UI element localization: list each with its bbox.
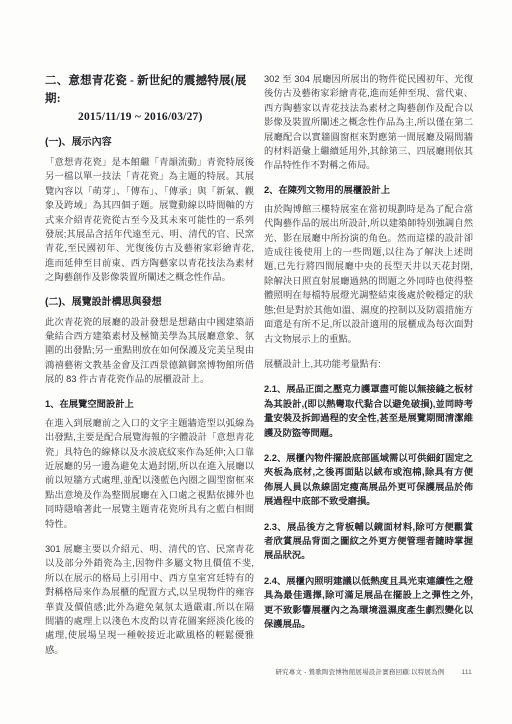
article-title-line-1: 二、意想青花瓷 - 新世紀的震撼特展(展期: bbox=[45, 72, 254, 108]
footer-running-title: 研究專文 - 鶯歌陶瓷博物館展場設計實務回顧:以特展為例 bbox=[275, 667, 444, 676]
left-column: 二、意想青花瓷 - 新世紀的震撼特展(展期: 2015/11/19 ~ 2016… bbox=[45, 72, 254, 668]
section-heading-display-content: (一)、展示內容 bbox=[45, 136, 254, 149]
paragraph-function-considerations-intro: 展櫃設計上,其功能考量點有: bbox=[264, 357, 473, 371]
paragraph-galleries-302-304: 302 至 304 展廳因所展出的物件從民國初年、光復後仿古及藝術家彩繪青花,進… bbox=[264, 72, 473, 173]
paragraph-exhibit-overview: 「意想青花瓷」是本館繼「青韻流動」青瓷特展後另一檔以單一技法「青花瓷」為主題的特… bbox=[45, 155, 254, 285]
paragraph-design-concept: 此次青花瓷的展廳的設計發想是想藉由中國建築語彙結合西方建築素材及極簡美學為其展廳… bbox=[45, 315, 254, 387]
paragraph-showcase-background: 由於陶博館三樓特展室在當初規劃時是為了配合當代陶藝作品的展出所設計,所以建築師特… bbox=[264, 202, 473, 346]
article-title: 二、意想青花瓷 - 新世紀的震撼特展(展期: 2015/11/19 ~ 2016… bbox=[45, 72, 254, 126]
list-item-2-2-base-material: 2.2、展櫃內物件擺設底部區域需以可供細釘固定之夾板為底材,之後再面貼以絨布或泡… bbox=[264, 451, 473, 509]
page-number: 111 bbox=[462, 669, 472, 676]
document-page: 二、意想青花瓷 - 新世紀的震撼特展(展期: 2015/11/19 ~ 2016… bbox=[0, 0, 512, 724]
section-heading-design-concept: (二)、展覽設計構思與發想 bbox=[45, 296, 254, 309]
right-column: 302 至 304 展廳因所展出的物件從民國初年、光復後仿古及藝術家彩繪青花,進… bbox=[264, 72, 473, 668]
subsection-heading-showcase-design: 2、在陳列文物用的展櫃設計上 bbox=[264, 184, 473, 197]
paragraph-entrance-design: 在進入到展廳前之入口的文字主題牆造型以弧線為出發點,主要是配合展覽海報的字體設計… bbox=[45, 416, 254, 531]
subsection-heading-space-design: 1、在展覽空間設計上 bbox=[45, 398, 254, 411]
page-body: 二、意想青花瓷 - 新世紀的震撼特展(展期: 2015/11/19 ~ 2016… bbox=[45, 72, 473, 668]
list-item-2-1-acrylic-cover: 2.1、展品正面之壓克力護罩盡可能以無接縫之板材為其設計,(即以熱彎取代黏合以避… bbox=[264, 382, 473, 440]
paragraph-gallery-301: 301 展廳主要以介紹元、明、清代的官、民窯青花以及部分外銷瓷為主,因物件多屬文… bbox=[45, 542, 254, 657]
list-item-2-4-lighting: 2.4、展櫃內照明建議以低熱度且具光束連續性之燈具為最佳選擇,除可滿足展品在擺設… bbox=[264, 574, 473, 632]
article-title-line-2: 2015/11/19 ~ 2016/03/27) bbox=[45, 108, 254, 126]
page-footer: 研究專文 - 鶯歌陶瓷博物館展場設計實務回顧:以特展為例 111 bbox=[275, 667, 472, 676]
list-item-2-3-mirror-backboard: 2.3、展品後方之背板輔以鏡面材料,除可方便觀賞者欣賞展品背面之圖紋之外更方便管… bbox=[264, 520, 473, 563]
